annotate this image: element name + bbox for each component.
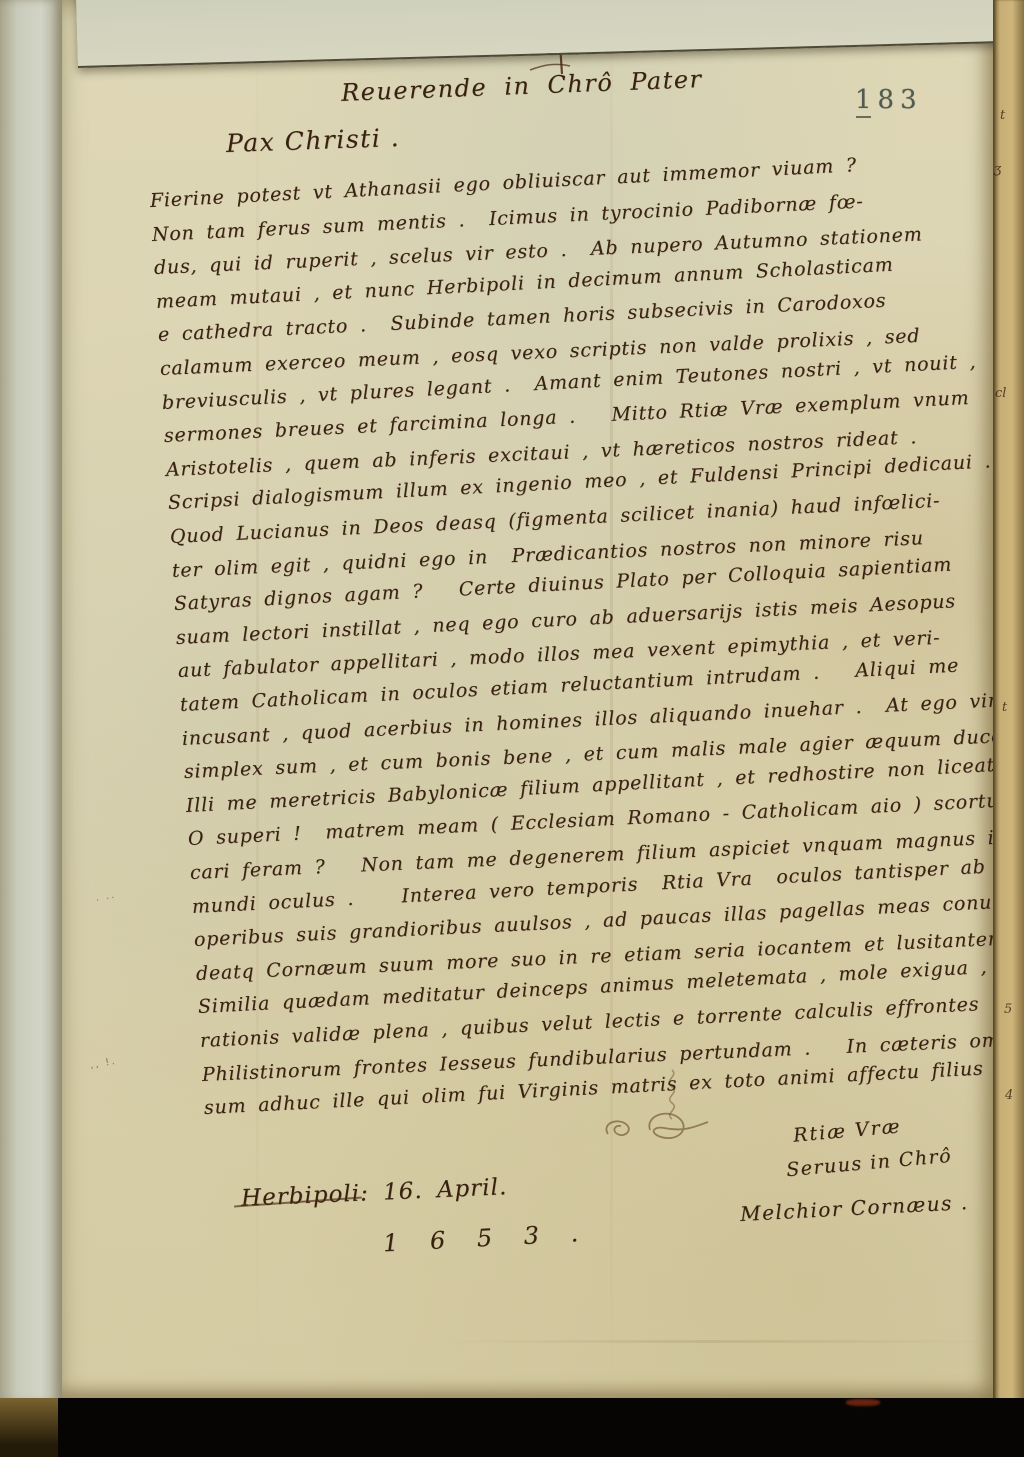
- paper-crease-horizontal: [432, 1340, 994, 1343]
- manuscript-scan: 183 Reuerende in Chrô Pater Pax Christi …: [0, 0, 1024, 1457]
- ink-flourish: [598, 1068, 738, 1172]
- adjacent-page-edge: [993, 0, 1024, 1412]
- right-margin-mark: cl: [995, 386, 1006, 401]
- closing-honorific: Rtiæ Vræ: [792, 1115, 902, 1146]
- folio-number-stamp: 183: [855, 85, 923, 115]
- right-margin-mark: t: [1002, 700, 1007, 715]
- binding-corner: [0, 1398, 58, 1457]
- closing-formula: Seruus in Chrô: [785, 1145, 953, 1181]
- signature: Melchior Cornæus .: [740, 1190, 970, 1226]
- right-margin-mark: 4: [1005, 1088, 1013, 1103]
- right-margin-mark: 5: [1004, 1002, 1012, 1017]
- dateline-place: Herbipoli: 16. April.: [241, 1174, 508, 1212]
- letter-page: 183 Reuerende in Chrô Pater Pax Christi …: [58, 0, 994, 1399]
- stamp-underline: [856, 116, 871, 118]
- page-edge-stain: [846, 1399, 880, 1406]
- dateline-year: 1 6 5 3 .: [382, 1219, 590, 1258]
- greeting: Pax Christi .: [226, 123, 401, 158]
- right-margin-mark: ʒ: [994, 162, 1001, 177]
- salutation: Reuerende in Chrô Pater: [341, 65, 703, 107]
- left-page-edge: [0, 0, 62, 1402]
- folio-number: 183: [855, 85, 923, 115]
- table-background: [0, 1398, 1024, 1457]
- right-margin-mark: t: [1000, 108, 1005, 123]
